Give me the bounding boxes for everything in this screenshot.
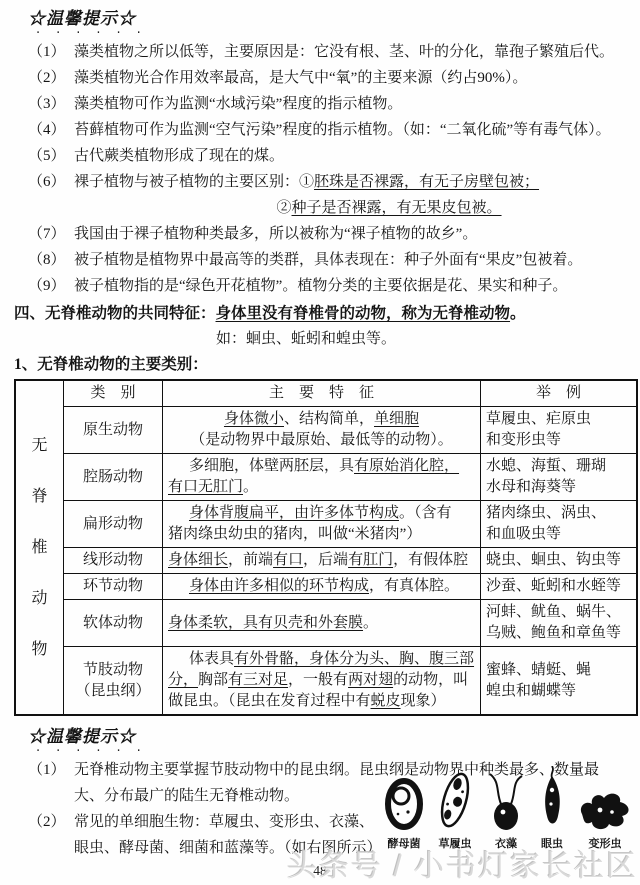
invertebrate-table: 无脊椎动物类 别主 要 特 征举 例原生动物身体微小、结构简单，单细胞 （是动物…: [14, 379, 638, 716]
features-cell: 身体细长，前端有口，后端有肛门，有假体腔: [163, 548, 481, 574]
tip-item: （6）裸子植物与被子植物的主要区别：①胚珠是否裸露，有无子房壁包被；②种子是否裸…: [14, 169, 628, 221]
tip-text: 我国由于裸子植物种类最多，所以被称为“裸子植物的故乡”。: [74, 221, 628, 247]
amoeba-icon: [576, 788, 634, 837]
table-row: 线形动物身体细长，前端有口，后端有肛门，有假体腔蛲虫、蛔虫、钩虫等: [15, 548, 637, 574]
table-header-cell: 主 要 特 征: [163, 380, 481, 407]
table-header-cell: 类 别: [64, 380, 163, 407]
tip-item: （3）藻类植物可作为监测“水域污染”程度的指示植物。: [14, 91, 628, 117]
section-four-label: 四、无脊椎动物的共同特征：: [14, 305, 216, 322]
tip-text: 古代蕨类植物形成了现在的煤。: [74, 143, 628, 169]
tip-number: （8）: [28, 247, 74, 273]
tip-item: （8）被子植物是植物界中最高等的类群，具体表现在：种子外面有“果皮”包被着。: [14, 247, 628, 273]
category-cell: 线形动物: [64, 548, 163, 574]
examples-cell: 水螅、海蜇、珊瑚 水母和海葵等: [481, 454, 638, 501]
table-row: 节肢动物 （昆虫纲）体表具有外骨骼，身体分为头、胸、腹三部 分，胸部有三对足，一…: [15, 647, 637, 716]
organism-figure: 酵母菌: [382, 772, 426, 851]
category-cell: 原生动物: [64, 407, 163, 454]
table-row: 环节动物身体由许多相似的环节构成，有真体腔。沙蚕、蚯蚓和水蛭等: [15, 574, 637, 600]
document-page: ☆温馨提示☆ ······ （1）藻类植物之所以低等，主要原因是：它没有根、茎、…: [0, 0, 640, 885]
yeast-icon: [382, 772, 426, 837]
tip-number: （1）: [28, 757, 74, 809]
vertical-label-char: 无: [31, 435, 47, 456]
category-cell: 环节动物: [64, 574, 163, 600]
table-row: 扁形动物身体背腹扁平，由许多体节构成。（含有 猪肉绦虫幼虫的猪肉，叫做“米猪肉”…: [15, 501, 637, 548]
features-cell: 身体微小、结构简单，单细胞 （是动物界中最原始、最低等的动物）。: [163, 407, 481, 454]
examples-cell: 草履虫、疟原虫 和变形虫等: [481, 407, 638, 454]
category-cell: 扁形动物: [64, 501, 163, 548]
tip-number: （1）: [28, 39, 74, 65]
table-row: 软体动物身体柔软，具有贝壳和外套膜。河蚌、鱿鱼、蜗牛、 乌贼、鲍鱼和章鱼等: [15, 600, 637, 647]
tip-number: （5）: [28, 143, 74, 169]
tip-item: （7）我国由于裸子植物种类最多，所以被称为“裸子植物的故乡”。: [14, 221, 628, 247]
organism-figure: 眼虫: [537, 766, 567, 851]
tip-number: （6）: [28, 169, 74, 221]
tip-text: 裸子植物与被子植物的主要区别：①胚珠是否裸露，有无子房壁包被；②种子是否裸露，有…: [74, 169, 628, 221]
tip-number: （2）: [28, 65, 74, 91]
tips-top-section: ☆温馨提示☆ ······ （1）藻类植物之所以低等，主要原因是：它没有根、茎、…: [14, 8, 628, 299]
features-cell: 多细胞，体壁两胚层，具有原始消化腔， 有口无肛门。: [163, 454, 481, 501]
tip-number: （9）: [28, 273, 74, 299]
invertebrate-vertical-label: 无脊椎动物: [21, 435, 58, 660]
features-cell: 身体背腹扁平，由许多体节构成。（含有 猪肉绦虫幼虫的猪肉，叫做“米猪肉”）: [163, 501, 481, 548]
paramecium-icon: [435, 768, 475, 837]
tip-text: 藻类植物光合作用效率最高，是大气中“氧”的主要来源（约占90%）。: [74, 65, 628, 91]
vertical-label-char: 动: [31, 588, 47, 609]
tip-subline: ②种子是否裸露，有无果皮包被。: [277, 195, 629, 221]
vertical-label-char: 椎: [31, 537, 47, 558]
organism-figure: 变形虫: [576, 788, 634, 851]
examples-cell: 河蚌、鱿鱼、蜗牛、 乌贼、鲍鱼和章鱼等: [481, 600, 638, 647]
features-cell: 身体柔软，具有贝壳和外套膜。: [163, 600, 481, 647]
features-cell: 体表具有外骨骼，身体分为头、胸、腹三部 分，胸部有三对足，一般有两对翅的动物，叫…: [163, 647, 481, 716]
examples-cell: 猪肉绦虫、涡虫、 和血吸虫等: [481, 501, 638, 548]
emphasis-dots: ······: [36, 30, 628, 39]
vertical-label-char: 脊: [31, 486, 47, 507]
tip-number: （7）: [28, 221, 74, 247]
tip-item: （2）藻类植物光合作用效率最高，是大气中“氧”的主要来源（约占90%）。: [14, 65, 628, 91]
table-row: 原生动物身体微小、结构简单，单细胞 （是动物界中最原始、最低等的动物）。草履虫、…: [15, 407, 637, 454]
euglena-icon: [537, 766, 567, 837]
category-cell: 节肢动物 （昆虫纲）: [64, 647, 163, 716]
tip-item: （9）被子植物指的是“绿色开花植物”。植物分类的主要依据是花、果实和种子。: [14, 273, 628, 299]
tip-text: 被子植物是植物界中最高等的类群，具体表现在：种子外面有“果皮”包被着。: [74, 247, 628, 273]
category-cell: 腔肠动物: [64, 454, 163, 501]
single-cell-organism-figures: 酵母菌草履虫衣藻眼虫变形虫: [382, 766, 634, 851]
tips-top-list: （1）藻类植物之所以低等，主要原因是：它没有根、茎、叶的分化，靠孢子繁殖后代。（…: [14, 39, 628, 299]
tip-item: （1）藻类植物之所以低等，主要原因是：它没有根、茎、叶的分化，靠孢子繁殖后代。: [14, 39, 628, 65]
organism-figure: 草履虫: [435, 768, 475, 851]
section-four-heading: 四、无脊椎动物的共同特征：身体里没有脊椎骨的动物，称为无脊椎动物。: [14, 301, 628, 327]
tip-item: （4）苔藓植物可作为监测“空气污染”程度的指示植物。（如：“二氧化硫”等有毒气体…: [14, 117, 628, 143]
examples-cell: 蛲虫、蛔虫、钩虫等: [481, 548, 638, 574]
table-heading: 1、无脊椎动物的主要类别：: [14, 352, 628, 377]
tip-number: （3）: [28, 91, 74, 117]
tip-text: 藻类植物之所以低等，主要原因是：它没有根、茎、叶的分化，靠孢子繁殖后代。: [74, 39, 628, 65]
vertical-label-char: 物: [31, 639, 47, 660]
section-four-example: 如：蛔虫、蚯蚓和蝗虫等。: [216, 327, 628, 352]
features-cell: 身体由许多相似的环节构成，有真体腔。: [163, 574, 481, 600]
category-cell: 软体动物: [64, 600, 163, 647]
chlamydomonas-icon: [484, 770, 528, 837]
examples-cell: 蜜蜂、蜻蜓、蝇 蝗虫和蝴蝶等: [481, 647, 638, 716]
section-four-definition: 身体里没有脊椎骨的动物，称为无脊椎动物。: [216, 305, 526, 322]
tip-number: （4）: [28, 117, 74, 143]
examples-cell: 沙蚕、蚯蚓和水蛭等: [481, 574, 638, 600]
tip-text: 被子植物指的是“绿色开花植物”。植物分类的主要依据是花、果实和种子。: [74, 273, 628, 299]
emphasis-dots: ······: [36, 748, 628, 757]
organism-figure: 衣藻: [484, 770, 528, 851]
tip-text: 苔藓植物可作为监测“空气污染”程度的指示植物。（如：“二氧化硫”等有毒气体）。: [74, 117, 628, 143]
table-row: 腔肠动物多细胞，体壁两胚层，具有原始消化腔， 有口无肛门。水螅、海蜇、珊瑚 水母…: [15, 454, 637, 501]
watermark: 头条号 / 小书灯家长社区: [287, 851, 638, 883]
tip-number: （2）: [28, 809, 74, 861]
table-side-label: 无脊椎动物: [15, 380, 64, 715]
table-header-cell: 举 例: [481, 380, 638, 407]
tip-item: （5）古代蕨类植物形成了现在的煤。: [14, 143, 628, 169]
tip-text: 藻类植物可作为监测“水域污染”程度的指示植物。: [74, 91, 628, 117]
